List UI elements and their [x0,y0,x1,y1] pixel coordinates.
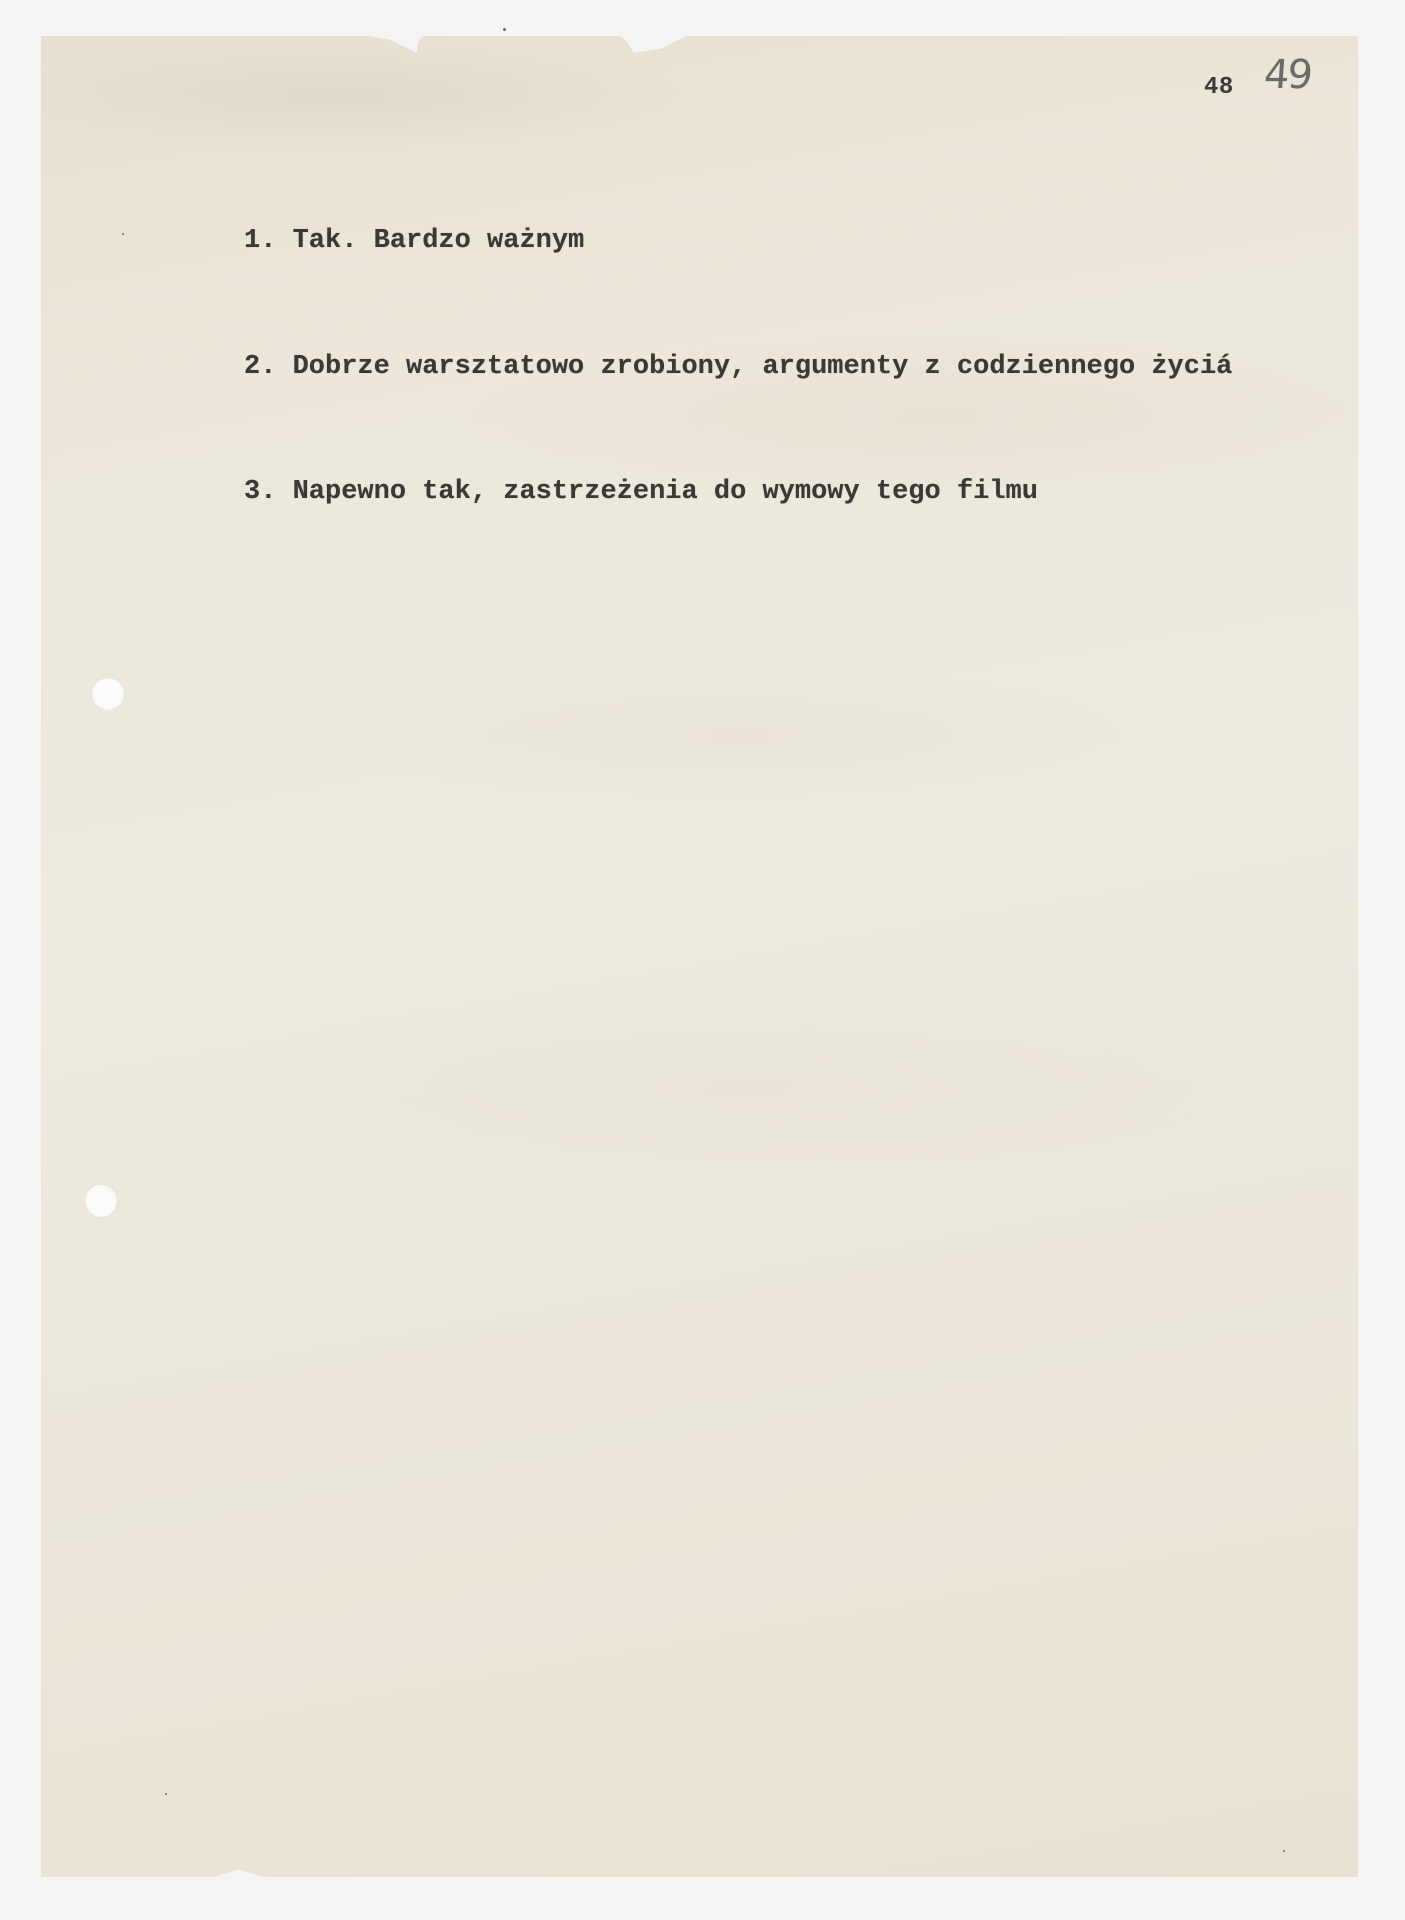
punch-hole-lower [84,1184,118,1218]
dust-speck [122,233,124,235]
handwritten-page-number: 49 [1262,52,1312,98]
answer-line-2: 2. Dobrze warsztatowo zrobiony, argument… [244,352,1232,382]
dust-speck [503,28,506,31]
answer-line-3: 3. Napewno tak, zastrzeżenia do wymowy t… [244,477,1038,507]
answer-line-1: 1. Tak. Bardzo ważnym [244,226,584,256]
dust-speck [1283,1850,1285,1852]
dust-speck [165,1793,167,1795]
paper-texture [41,36,1358,1877]
paper-sheet [41,36,1358,1877]
typed-page-number: 48 [1204,74,1234,101]
punch-hole-upper [91,677,125,711]
